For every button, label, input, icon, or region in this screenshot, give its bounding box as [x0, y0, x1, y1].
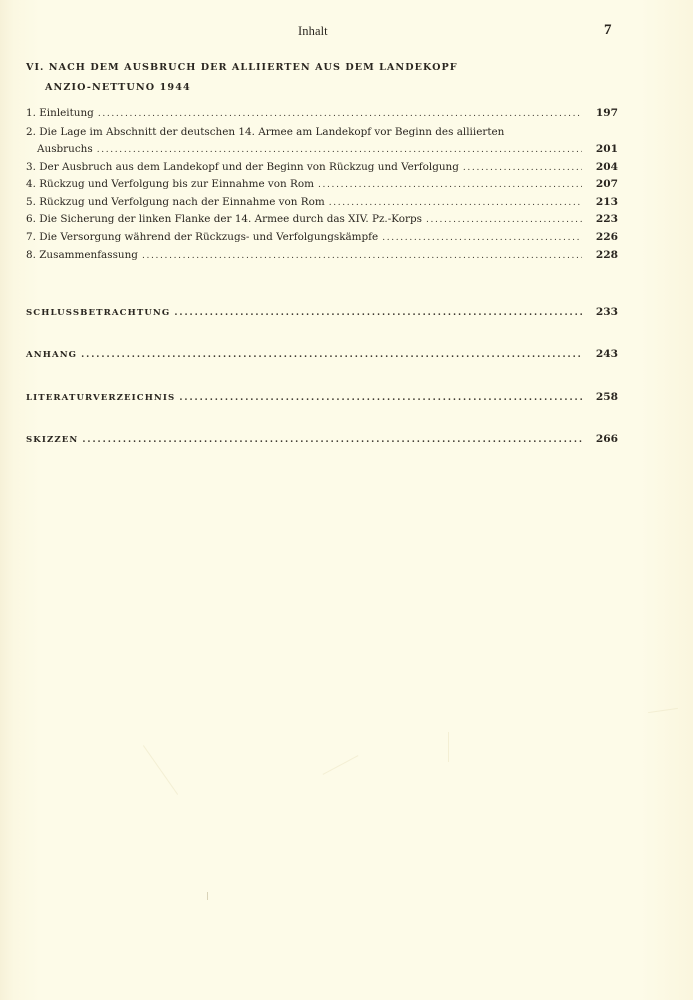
part-heading: VI. NACH DEM AUSBRUCH DER ALLIIERTEN AUS… [26, 62, 458, 73]
toc-section-label: LITERATURVERZEICHNIS [26, 393, 175, 403]
dot-leader [318, 180, 582, 190]
toc-entry-page: 201 [588, 143, 618, 155]
toc-entry-page: 197 [588, 107, 618, 119]
dot-leader [174, 308, 582, 318]
toc-entry-1[interactable]: 1. Einleitung 197 [26, 107, 618, 123]
toc-entry-page: 228 [588, 249, 618, 261]
dot-leader [81, 350, 582, 360]
toc-section-label: SCHLUSSBETRACHTUNG [26, 308, 170, 318]
toc-section-skizzen[interactable]: SKIZZEN 266 [26, 433, 618, 449]
paper-blemish [207, 892, 208, 900]
toc-section-page: 233 [588, 306, 618, 318]
toc-entry-page: 207 [588, 178, 618, 190]
toc-entry-page: 204 [588, 161, 618, 173]
toc-entry-label: 3. Der Ausbruch aus dem Landekopf und de… [26, 161, 459, 173]
toc-entry-2-continued[interactable]: Ausbruchs 201 [37, 143, 618, 159]
paper-blemish [448, 732, 449, 762]
toc-entry-page: 223 [588, 213, 618, 225]
toc-section-anhang[interactable]: ANHANG 243 [26, 348, 618, 364]
page-number: 7 [604, 22, 612, 39]
dot-leader [329, 198, 582, 208]
toc-section-label: ANHANG [26, 350, 77, 360]
dot-leader [97, 145, 582, 155]
dot-leader [463, 163, 582, 173]
dot-leader [142, 251, 582, 261]
dot-leader [82, 435, 582, 445]
toc-entry-label: 6. Die Sicherung der linken Flanke der 1… [26, 213, 422, 225]
toc-entry-7[interactable]: 7. Die Versorgung während der Rückzugs- … [26, 231, 618, 247]
toc-section-schlussbetrachtung[interactable]: SCHLUSSBETRACHTUNG 233 [26, 306, 618, 322]
toc-entry-4[interactable]: 4. Rückzug und Verfolgung bis zur Einnah… [26, 178, 618, 194]
dot-leader [98, 109, 582, 119]
paper-blemish [323, 755, 359, 775]
part-subheading: ANZIO-NETTUNO 1944 [45, 82, 191, 93]
dot-leader [382, 233, 582, 243]
toc-entry-label: 4. Rückzug und Verfolgung bis zur Einnah… [26, 178, 314, 190]
toc-entry-page: 213 [588, 196, 618, 208]
toc-entry-5[interactable]: 5. Rückzug und Verfolgung nach der Einna… [26, 196, 618, 212]
toc-entry-label: 8. Zusammenfassung [26, 249, 138, 261]
toc-section-label: SKIZZEN [26, 435, 78, 445]
paper-blemish [143, 745, 178, 795]
toc-entry-label: 2. Die Lage im Abschnitt der deutschen 1… [26, 126, 504, 138]
paper-blemish [648, 708, 678, 713]
toc-entry-label: 7. Die Versorgung während der Rückzugs- … [26, 231, 378, 243]
toc-entry-label: 1. Einleitung [26, 107, 94, 119]
toc-section-page: 243 [588, 348, 618, 360]
toc-entry-page: 226 [588, 231, 618, 243]
toc-entry-2[interactable]: 2. Die Lage im Abschnitt der deutschen 1… [26, 126, 618, 142]
toc-entry-3[interactable]: 3. Der Ausbruch aus dem Landekopf und de… [26, 161, 618, 177]
toc-section-page: 266 [588, 433, 618, 445]
running-head: Inhalt 7 [0, 24, 693, 44]
running-title: Inhalt [298, 24, 328, 39]
dot-leader [426, 215, 582, 225]
toc-section-literaturverzeichnis[interactable]: LITERATURVERZEICHNIS 258 [26, 391, 618, 407]
toc-entry-6[interactable]: 6. Die Sicherung der linken Flanke der 1… [26, 213, 618, 229]
toc-entry-label-continued: Ausbruchs [37, 143, 93, 155]
toc-entry-label: 5. Rückzug und Verfolgung nach der Einna… [26, 196, 325, 208]
toc-entry-8[interactable]: 8. Zusammenfassung 228 [26, 249, 618, 265]
dot-leader [179, 393, 582, 403]
toc-section-page: 258 [588, 391, 618, 403]
